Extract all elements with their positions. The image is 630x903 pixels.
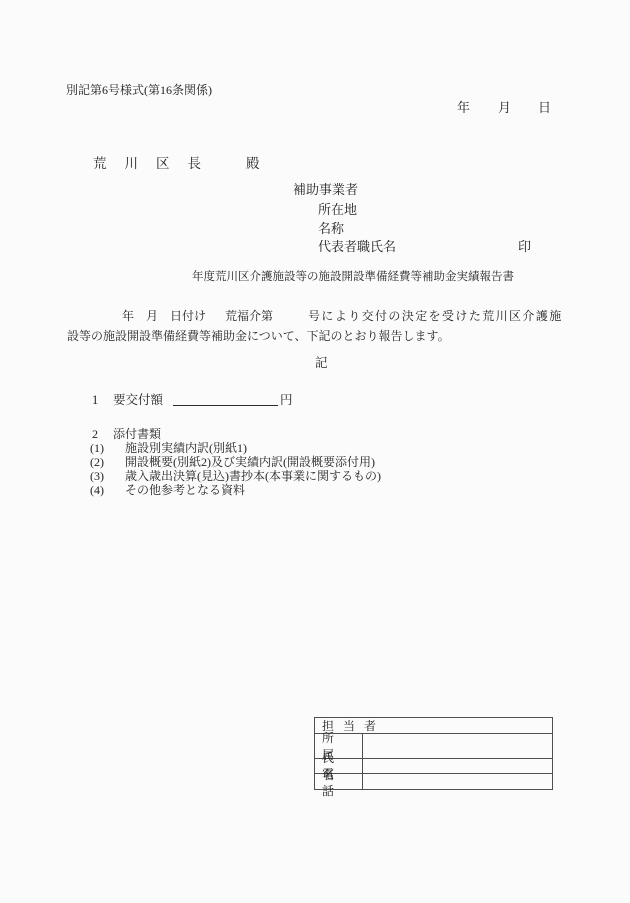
body-doc-number-prefix: 荒福介第 — [225, 309, 273, 323]
year-label: 年 — [457, 100, 470, 115]
body-line-1-text: 号により交付の決定を受けた荒川区介護施 — [308, 309, 563, 323]
applicant-address-label: 所在地 — [318, 202, 357, 218]
item-text: 歳入歳出決算(見込)書抄本(本事業に関するもの) — [125, 469, 381, 483]
applicant-name-label: 名称 — [318, 221, 344, 237]
body-paragraph-line-1: 年 月 日付け荒福介第号により交付の決定を受けた荒川区介護施 — [67, 309, 563, 323]
list-item: (2)開設概要(別紙2)及び実績内訳(開設概要添付用) — [90, 455, 381, 469]
amount-fill-line — [173, 392, 278, 406]
section-1-label: 要交付額 — [113, 393, 163, 407]
row-value — [363, 734, 552, 758]
date-line: 年月日 — [457, 100, 551, 116]
addressee-honorific: 殿 — [246, 156, 260, 171]
item-number: (2) — [90, 455, 125, 469]
row-label: 電話 — [315, 774, 363, 790]
day-label: 日 — [538, 100, 551, 115]
attachment-list: (1)施設別実績内訳(別紙1) (2)開設概要(別紙2)及び実績内訳(開設概要添… — [90, 441, 381, 497]
item-number: (3) — [90, 469, 125, 483]
document-page: 別記第6号様式(第16条関係) 年月日 荒川区長殿 補助事業者 所在地 名称 代… — [0, 0, 630, 903]
item-number: (4) — [90, 483, 125, 497]
section-2-attachments: 2添付書類 — [92, 427, 161, 441]
item-text: その他参考となる資料 — [125, 483, 245, 497]
section-1-amount: 1要交付額円 — [92, 392, 293, 408]
month-label: 月 — [498, 100, 511, 115]
table-row: 電話 — [315, 774, 552, 790]
list-item: (4)その他参考となる資料 — [90, 483, 381, 497]
section-1-number: 1 — [92, 392, 113, 408]
addressee-line: 荒川区長殿 — [93, 156, 260, 172]
section-2-label: 添付書類 — [113, 427, 161, 441]
list-item: (3)歳入歳出決算(見込)書抄本(本事業に関するもの) — [90, 469, 381, 483]
row-value — [363, 759, 552, 773]
row-value — [363, 774, 552, 790]
body-paragraph-line-2: 設等の施設開設準備経費等補助金について、下記のとおり報告します。 — [67, 329, 450, 343]
body-date-placeholder: 年 月 日付け — [122, 309, 206, 323]
item-text: 開設概要(別紙2)及び実績内訳(開設概要添付用) — [125, 455, 375, 469]
list-item: (1)施設別実績内訳(別紙1) — [90, 441, 381, 455]
applicant-representative-label: 代表者職氏名 — [318, 239, 396, 255]
amount-unit-label: 円 — [280, 393, 293, 407]
document-title: 年度荒川区介護施設等の施設開設準備経費等補助金実績報告書 — [192, 271, 514, 285]
record-marker: 記 — [315, 356, 328, 371]
section-2-number: 2 — [92, 427, 113, 441]
applicant-heading: 補助事業者 — [293, 182, 358, 198]
item-number: (1) — [90, 441, 125, 455]
seal-mark: 印 — [518, 239, 531, 255]
form-number: 別記第6号様式(第16条関係) — [66, 83, 212, 97]
item-text: 施設別実績内訳(別紙1) — [125, 441, 247, 455]
addressee-name: 荒川区長 — [93, 156, 219, 171]
contact-table: 担当者 所属 氏名 電話 — [314, 717, 553, 790]
